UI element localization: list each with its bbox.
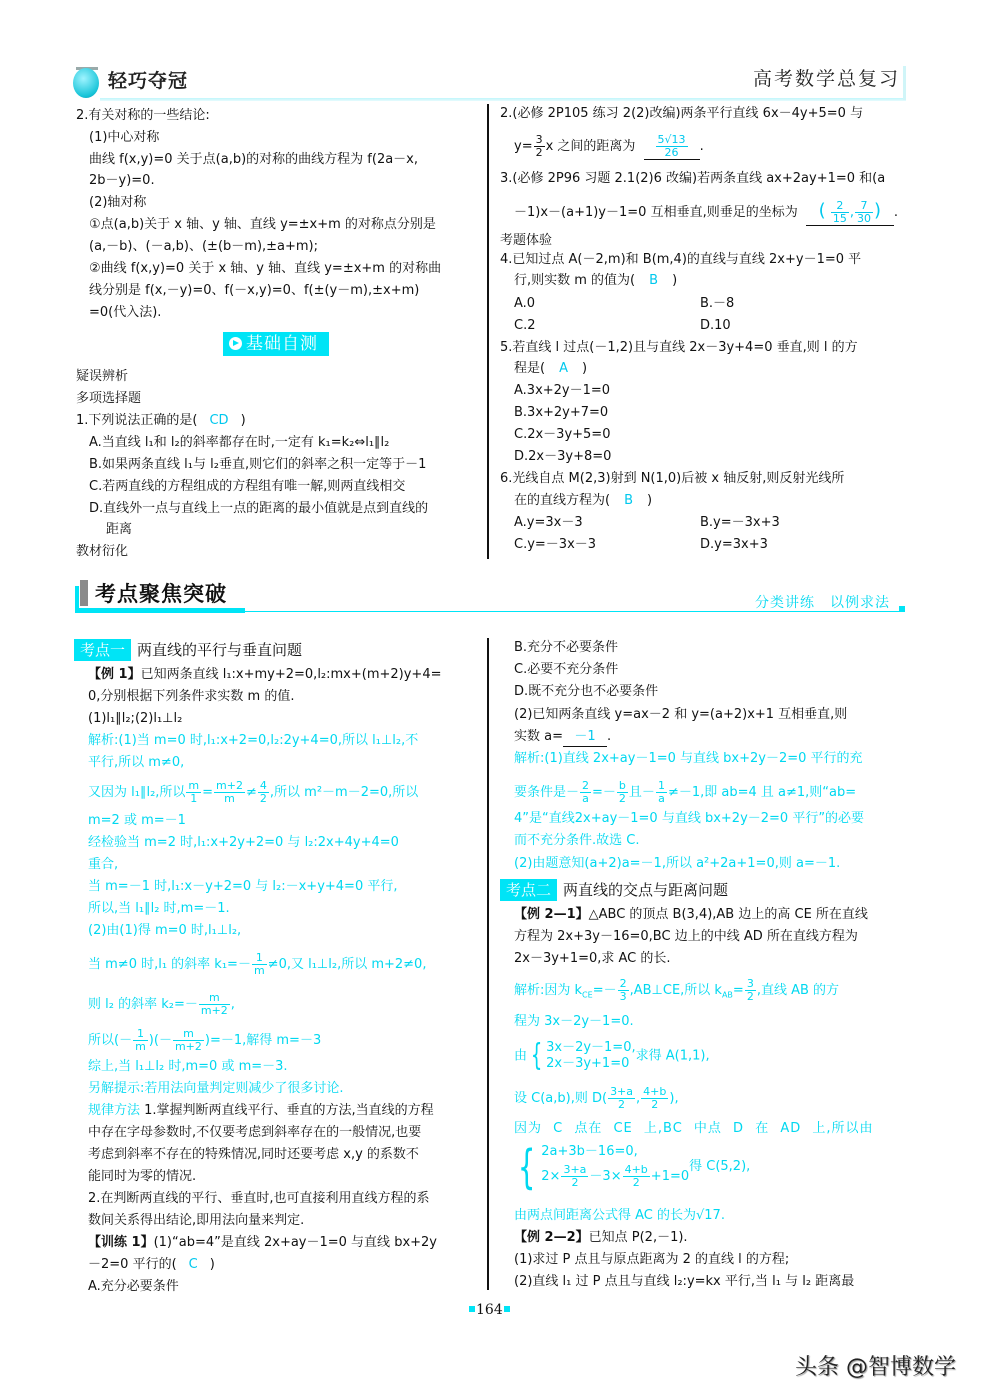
header-rule bbox=[100, 98, 906, 101]
question-4: 4.已知过点 A(－2,m)和 B(m,4)的直线与直线 2x+y－1=0 平 bbox=[500, 251, 861, 269]
question-2-cont: y=32x 之间的距离为 5√1326. bbox=[514, 134, 704, 160]
method-line: 数间关系得出结论,即用法向量来判定. bbox=[88, 1212, 304, 1230]
option: D.10 bbox=[700, 317, 731, 335]
solution-line: 由两点间距离公式得 AC 的长为√17. bbox=[514, 1207, 725, 1225]
option: C.2x－3y+5=0 bbox=[514, 426, 610, 444]
text-line: (2)轴对称 bbox=[89, 194, 146, 212]
solution-line: 4”是“直线2x+ay－1=0 与直线 bx+2y－2=0 平行”的必要 bbox=[514, 810, 864, 828]
solution-line: 又因为 l₁∥l₂,所以m1=m+2m≠42,所以 m²－m－2=0,所以 bbox=[88, 780, 418, 805]
kp1-title: 两直线的平行与垂直问题 bbox=[137, 641, 302, 659]
text-line: (1)求过 P 点且与原点距离为 2 的直线 l 的方程; bbox=[514, 1251, 789, 1269]
kp1-badge: 考点一 bbox=[74, 639, 131, 661]
option-cont: 距离 bbox=[106, 521, 132, 539]
solution-line: {2a+3b－16=0,2×3+a2－3×4+b2+1=0得 C(5,2), bbox=[512, 1144, 750, 1189]
section-subtitle: 分类讲练 以例求法 bbox=[755, 592, 890, 612]
solution-line: 所以,当 l₁∥l₂ 时,m=－1. bbox=[88, 900, 230, 918]
solution-line: 综上,当 l₁⊥l₂ 时,m=0 或 m=－3. bbox=[88, 1058, 288, 1076]
solution-line: 所以(－1m)(－mm+2)=－1,解得 m=－3 bbox=[88, 1028, 321, 1053]
method-line: 中存在字母参数时,不仅要考虑到斜率存在的一般情况,也要 bbox=[88, 1124, 421, 1142]
text-line: ①点(a,b)关于 x 轴、y 轴、直线 y=±x+m 的对称点分别是 bbox=[89, 216, 436, 234]
book-title: 高考数学总复习 bbox=[753, 64, 900, 91]
watermark: 头条 @智博数学 bbox=[795, 1350, 956, 1381]
option: B.3x+2y+7=0 bbox=[514, 404, 608, 422]
method-line: 2.在判断两直线的平行、垂直时,也可直接利用直线方程的系 bbox=[88, 1190, 430, 1208]
question-2: 2.(必修 2P105 练习 2(2)改编)两条平行直线 6x－4y+5=0 与 bbox=[500, 105, 863, 123]
kp2-heading: 考点二两直线的交点与距离问题 bbox=[500, 879, 728, 901]
page-number: 164 bbox=[468, 1302, 511, 1318]
question-6: 6.光线自点 M(2,3)射到 N(1,0)后被 x 轴反射,则反射光线所 bbox=[500, 470, 844, 488]
text-line: ②曲线 f(x,y)=0 关于 x 轴、y 轴、直线 y=±x+m 的对称曲 bbox=[89, 260, 441, 278]
solution-line: 程为 3x－2y－1=0. bbox=[514, 1013, 634, 1031]
solution-line: 设 C(a,b),则 D(3+a2,4+b2), bbox=[514, 1086, 679, 1111]
badge-label: 基础自测 bbox=[246, 334, 318, 354]
option: C.2 bbox=[514, 317, 535, 335]
question-3: 3.(必修 2P96 习题 2.1(2)6 改编)若两条直线 ax+2ay+1=… bbox=[500, 170, 885, 188]
option: A.当直线 l₁和 l₂的斜率都存在时,一定有 k₁=k₂⇔l₁∥l₂ bbox=[89, 434, 389, 452]
option: A.0 bbox=[514, 295, 535, 313]
column-divider-bottom bbox=[487, 638, 489, 1290]
method-line: 考虑到斜率不存在的特殊情况,同时还要考虑 x,y 的系数不 bbox=[88, 1146, 419, 1164]
solution-line: 解析:(1)直线 2x+ay－1=0 与直线 bx+2y－2=0 平行的充 bbox=[514, 750, 863, 768]
solution-line: (2)由题意知(a+2)a=－1,所以 a²+2a+1=0,则 a=－1. bbox=[514, 855, 840, 873]
section-rule-end bbox=[899, 606, 905, 612]
answer: C bbox=[177, 1257, 210, 1272]
training-1: 【训练 1】(1)“ab=4”是直线 2x+ay－1=0 与直线 bx+2y bbox=[88, 1234, 437, 1252]
option: D.y=3x+3 bbox=[700, 536, 768, 554]
subsection-label: 疑误辨析 bbox=[76, 368, 128, 386]
option: B.充分不必要条件 bbox=[514, 639, 618, 657]
subsection-label: 考题体验 bbox=[500, 232, 552, 250]
text-line: 方程为 2x+3y－16=0,BC 边上的中线 AD 所在直线方程为 bbox=[514, 928, 858, 946]
method-label: 规律方法 bbox=[88, 1103, 140, 1118]
question-1: 1.下列说法正确的是(CD) bbox=[76, 412, 246, 430]
solution-line: 因为 C 点在 CE 上,BC 中点 D 在 AD 上,所以由 bbox=[514, 1120, 874, 1138]
answer: B bbox=[635, 273, 672, 288]
text-line: 曲线 f(x,y)=0 关于点(a,b)的对称的曲线方程为 f(2a－x, bbox=[89, 151, 418, 169]
solution-line: 则 l₂ 的斜率 k₂=－mm+2, bbox=[88, 992, 235, 1017]
option: C.y=－3x－3 bbox=[514, 536, 596, 554]
solution-line: 解析:因为 kCE=－23,AB⊥CE,所以 kAB=32,直线 AB 的方 bbox=[514, 978, 839, 1005]
answer: CD bbox=[197, 413, 240, 428]
option: B.y=－3x+3 bbox=[700, 514, 780, 532]
option: B.－8 bbox=[700, 295, 734, 313]
section-title: 考点聚焦突破 bbox=[95, 578, 227, 608]
text-line: (2)已知两条直线 y=ax－2 和 y=(a+2)x+1 互相垂直,则 bbox=[514, 706, 847, 724]
column-divider-top bbox=[487, 104, 489, 559]
answer: B bbox=[610, 493, 647, 508]
text-line: 线分别是 f(x,－y)=0、f(－x,y)=0、f(±(y－m),±x+m) bbox=[89, 282, 419, 300]
answer: －1 bbox=[563, 728, 607, 747]
play-icon bbox=[229, 337, 242, 350]
method-line: 能同时为零的情况. bbox=[88, 1168, 196, 1186]
solution-line: (2)由(1)得 m=0 时,l₁⊥l₂, bbox=[88, 922, 241, 940]
kp2-title: 两直线的交点与距离问题 bbox=[563, 881, 728, 899]
solution-line: 而不充分条件.故选 C. bbox=[514, 832, 639, 850]
question-6-cont: 在的直线方程为(B) bbox=[514, 492, 652, 510]
option: D.既不充分也不必要条件 bbox=[514, 683, 658, 701]
text-line: 2x－3y+1=0,求 AC 的长. bbox=[514, 950, 671, 968]
question-5: 5.若直线 l 过点(－1,2)且与直线 2x－3y+4=0 垂直,则 l 的方 bbox=[500, 339, 858, 357]
text-line: (1)l₁∥l₂;(2)l₁⊥l₂ bbox=[88, 710, 182, 728]
subsection-label: 多项选择题 bbox=[76, 390, 141, 408]
option: C.必要不充分条件 bbox=[514, 661, 618, 679]
answer: A bbox=[545, 361, 582, 376]
option: D.2x－3y+8=0 bbox=[514, 448, 611, 466]
text-line: (2)直线 l₁ 过 P 点且与直线 l₂:y=kx 平行,当 l₁ 与 l₂ … bbox=[514, 1273, 854, 1291]
solution-line: 当 m≠0 时,l₁ 的斜率 k₁=－1m≠0,又 l₁⊥l₂,所以 m+2≠0… bbox=[88, 952, 426, 977]
text-line: 2b－y)=0. bbox=[89, 172, 155, 190]
example-1-stem: 【例 1】已知两条直线 l₁:x+my+2=0,l₂:mx+(m+2)y+4= bbox=[88, 666, 442, 684]
solution-line: 重合, bbox=[88, 856, 118, 874]
solution-line: m=2 或 m=－1 bbox=[88, 812, 186, 830]
solution-line: 要条件是－2a=－b2且－1a≠－1,即 ab=4 且 a≠1,则“ab= bbox=[514, 780, 856, 805]
section-accent bbox=[75, 586, 79, 610]
section-rule-thick bbox=[75, 608, 245, 613]
text-line: =0(代入法). bbox=[89, 304, 161, 322]
question-5-cont: 程是(A) bbox=[514, 360, 587, 378]
example-2-2-stem: 【例 2—2】已知点 P(2,－1). bbox=[514, 1229, 688, 1247]
section-marker bbox=[80, 580, 88, 606]
text-line: (1)中心对称 bbox=[89, 129, 159, 147]
basic-self-test-badge: 基础自测 bbox=[223, 332, 329, 356]
text-line: (a,－b)、(－a,b)、(±(b－m),±a+m); bbox=[89, 238, 318, 256]
header-rule-end bbox=[903, 66, 906, 100]
brand-logo-icon bbox=[70, 60, 104, 98]
solution-line: 由{3x－2y－1=0,2x－3y+1=0求得 A(1,1), bbox=[514, 1040, 710, 1072]
training-1-cont: －2=0 平行的(C) bbox=[88, 1256, 215, 1274]
solution-line: 当 m=－1 时,l₁:x－y+2=0 与 l₂:－x+y+4=0 平行, bbox=[88, 878, 397, 896]
method-line: 规律方法 1.掌握判断两直线平行、垂直的方法,当直线的方程 bbox=[88, 1102, 434, 1120]
option: A.y=3x－3 bbox=[514, 514, 583, 532]
text-line: 实数 a=－1. bbox=[514, 728, 611, 747]
solution-line: 解析:(1)当 m=0 时,l₁:x+2=0,l₂:2y+4=0,所以 l₁⊥l… bbox=[88, 732, 418, 750]
option: D.直线外一点与直线上一点的距离的最小值就是点到直线的 bbox=[89, 500, 428, 518]
option: A.充分必要条件 bbox=[88, 1278, 179, 1296]
brand-title: 轻巧夺冠 bbox=[108, 66, 188, 93]
option: A.3x+2y－1=0 bbox=[514, 382, 610, 400]
example-2-1-stem: 【例 2—1】△ABC 的顶点 B(3,4),AB 边上的高 CE 所在直线 bbox=[514, 906, 868, 924]
text-line: 0,分别根据下列条件求实数 m 的值. bbox=[88, 688, 294, 706]
kp2-badge: 考点二 bbox=[500, 879, 557, 901]
solution-line: 另解提示:若用法向量判定则减少了很多讨论. bbox=[88, 1080, 344, 1098]
option: C.若两直线的方程组成的方程组有唯一解,则两直线相交 bbox=[89, 478, 405, 496]
subsection-label: 教材衍化 bbox=[76, 543, 128, 561]
solution-line: 经检验当 m=2 时,l₁:x+2y+2=0 与 l₂:2x+4y+4=0 bbox=[88, 834, 399, 852]
question-4-cont: 行,则实数 m 的值为(B) bbox=[514, 272, 677, 290]
option: B.如果两条直线 l₁与 l₂垂直,则它们的斜率之积一定等于－1 bbox=[89, 456, 426, 474]
kp1-heading: 考点一两直线的平行与垂直问题 bbox=[74, 639, 302, 661]
solution-line: 平行,所以 m≠0, bbox=[88, 754, 184, 772]
question-3-cont: －1)x－(a+1)y－1=0 互相垂直,则垂足的坐标为 ( 215,730). bbox=[514, 200, 898, 226]
text-line: 2.有关对称的一些结论: bbox=[76, 107, 210, 125]
